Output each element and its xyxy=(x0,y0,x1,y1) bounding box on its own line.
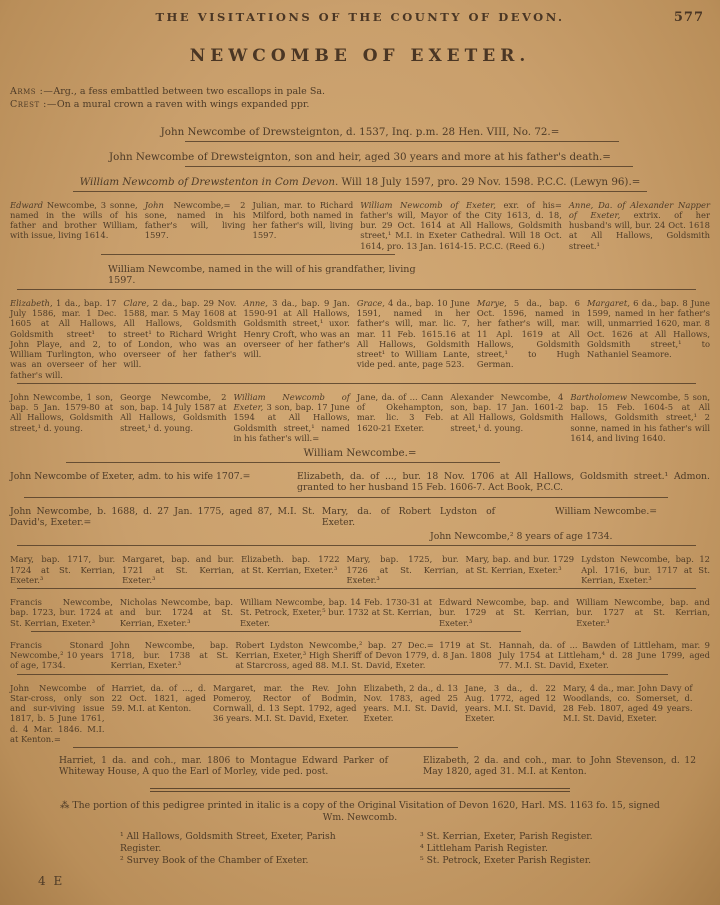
pedigree-cell: John Newcombe,= 2 sone, named in his fat… xyxy=(145,200,246,251)
pedigree-row-generation-4: Edward Newcombe, 3 sonne, named in the w… xyxy=(10,200,710,251)
descent-bracket xyxy=(185,166,633,173)
pedigree-cell: Elizabeth, 1 da., bap. 17 July 1586, mar… xyxy=(10,298,116,380)
pedigree-row-infants-2: Francis Newcombe, bap. 1723, bur. 1724 a… xyxy=(10,597,710,628)
arms-line: Arms :—Arg., a fess embattled between tw… xyxy=(10,86,710,99)
descent-bracket xyxy=(17,545,696,552)
generation-2: John Newcombe of Drewsteignton, son and … xyxy=(10,151,710,163)
pedigree-cell: Julian, mar. to Richard Milford, both na… xyxy=(252,200,353,251)
pedigree-cell: Elizabeth, 2 da. and coh., mar. to John … xyxy=(423,756,696,778)
pedigree-cell: Grace, 4 da., bap. 10 June 1591, named i… xyxy=(357,298,470,380)
crest-line: Crest :—On a mural crown a raven with wi… xyxy=(10,99,710,112)
footnote-1: ¹ All Hallows, Goldsmith Street, Exeter,… xyxy=(120,831,360,856)
page-title: NEWCOMBE OF EXETER. xyxy=(10,46,710,66)
generation-1: John Newcombe of Drewsteignton, d. 1537,… xyxy=(10,126,710,138)
pedigree-cell: Mary, bap. and bur. 1729 at St. Kerrian,… xyxy=(466,554,575,585)
descent-bracket xyxy=(31,631,521,638)
page-number: 577 xyxy=(674,10,704,25)
generation-3-name: William Newcomb of Drewstenton in Com De… xyxy=(80,176,339,188)
footnotes: ¹ All Hallows, Goldsmith Street, Exeter,… xyxy=(10,831,710,868)
pedigree-cell: George Newcombe, 2 son, bap. 14 July 158… xyxy=(120,392,226,443)
printers-signature: 4 E xyxy=(10,874,710,888)
pedigree-cell: William Newcomb of Exeter, 3 son, bap. 1… xyxy=(233,392,349,443)
pedigree-cell: Anne, Da. of Alexander Napper of Exeter,… xyxy=(569,200,710,251)
pedigree-cell: Margaret, 6 da., bap. 8 June 1599, named… xyxy=(587,298,710,380)
pedigree-cell: Nicholas Newcombe, bap. and bur. 1724 at… xyxy=(120,597,233,628)
descent-bracket xyxy=(17,588,696,595)
pedigree-cell: Edward Newcombe, 3 sonne, named in the w… xyxy=(10,200,138,251)
footnote-5: ⁵ St. Petrock, Exeter Parish Register. xyxy=(420,855,710,867)
pedigree-cell: Harriet, da. of ..., d. 22 Oct. 1821, ag… xyxy=(112,683,207,745)
generation-3: William Newcomb of Drewstenton in Com De… xyxy=(10,176,710,188)
pedigree-row-1688: John Newcombe, b. 1688, d. 27 Jan. 1775,… xyxy=(10,506,710,529)
pedigree-cell: John Newcombe, b. 1688, d. 27 Jan. 1775,… xyxy=(10,506,315,529)
pedigree-cell: Mary, 4 da., mar. John Davy of Woodlands… xyxy=(563,683,693,745)
pedigree-row-starcross: John Newcombe of Star-cross, only son an… xyxy=(10,683,710,745)
pedigree-cell: Hannah, da. of ... Bawden of Littleham, … xyxy=(499,640,710,671)
descent-bracket xyxy=(24,497,668,504)
arms-text: Arg., a fess embattled between two escal… xyxy=(53,86,325,97)
pedigree-cell: Lydston Newcombe, bap. 12 Apl. 1716, bur… xyxy=(581,554,710,585)
pedigree-cell: Jane, 3 da., d. 22 Aug. 1772, aged 12 ye… xyxy=(465,683,556,745)
pedigree-cell: Margaret, mar. the Rev. John Pomeroy, Re… xyxy=(213,683,357,745)
pedigree-cell: Anne, 3 da., bap. 9 Jan. 1590-91 at All … xyxy=(243,298,349,380)
pedigree-cell: William Newcomb of Exeter, exr. of his= … xyxy=(360,200,562,251)
pedigree-cell: Alexander Newcombe, 4 son, bap. 17 Jan. … xyxy=(450,392,563,443)
pedigree-row-admon: John Newcombe of Exeter, adm. to his wif… xyxy=(10,471,710,494)
john-1734-entry: John Newcombe,² 8 years of age 1734. xyxy=(430,531,710,542)
pedigree-cell: Clare, 2 da., bap. 29 Nov. 1588, mar. 5 … xyxy=(123,298,236,380)
pedigree-cell: Mary, da. of Robert Lydston of Exeter. xyxy=(322,506,495,529)
pedigree-cell: John Newcombe, 1 son, bap. 5 Jan. 1579-8… xyxy=(10,392,113,443)
pedigree-cell: John Newcombe of Exeter, adm. to his wif… xyxy=(10,471,290,494)
william-grandson-entry: William Newcombe, named in the will of h… xyxy=(108,264,430,286)
footnote-2: ² Survey Book of the Chamber of Exeter. xyxy=(120,855,360,867)
pedigree-row-daughters: Elizabeth, 1 da., bap. 17 July 1586, mar… xyxy=(10,298,710,380)
pedigree-cell: Harriet, 1 da. and coh., mar. 1806 to Mo… xyxy=(59,756,388,778)
footnote-3: ³ St. Kerrian, Exeter, Parish Register. xyxy=(420,831,710,843)
pedigree-cell: Francis Newcombe, bap. 1723, bur. 1724 a… xyxy=(10,597,113,628)
descent-bracket xyxy=(17,289,696,296)
descent-bracket xyxy=(17,674,668,681)
pedigree-cell: Edward Newcombe, bap. and bur. 1729 at S… xyxy=(439,597,569,628)
pedigree-cell: John Newcombe, bap. 1718, bur. 1738 at S… xyxy=(111,640,229,671)
pedigree-cell: William Newcombe.= xyxy=(502,506,710,529)
pedigree-cell: William Newcombe, bap. 14 Feb. 1730-31 a… xyxy=(240,597,432,628)
asterism-mark: ⁂ xyxy=(60,800,69,811)
running-header: THE VISITATIONS OF THE COUNTY OF DEVON. … xyxy=(10,10,710,24)
arms-crest-block: Arms :—Arg., a fess embattled between tw… xyxy=(10,86,710,112)
descent-bracket xyxy=(66,462,500,469)
pedigree-row-sons: John Newcombe, 1 son, bap. 5 Jan. 1579-8… xyxy=(10,392,710,443)
pedigree-cell: Elizabeth, da. of ..., bur. 18 Nov. 1706… xyxy=(297,471,710,494)
book-page: THE VISITATIONS OF THE COUNTY OF DEVON. … xyxy=(10,0,710,888)
footnotes-left-column: ¹ All Hallows, Goldsmith Street, Exeter,… xyxy=(10,831,360,868)
descent-bracket xyxy=(73,191,647,198)
footer-rule xyxy=(150,788,570,792)
pedigree-cell: Margaret, bap. and bur. 1721 at St. Kerr… xyxy=(122,554,234,585)
pedigree-row-coheiresses: Harriet, 1 da. and coh., mar. 1806 to Mo… xyxy=(10,756,710,778)
pedigree-cell: William Newcombe, bap. and bur. 1727 at … xyxy=(576,597,710,628)
running-title: THE VISITATIONS OF THE COUNTY OF DEVON. xyxy=(156,10,565,24)
crest-text: On a mural crown a raven with wings expa… xyxy=(57,99,310,110)
generation-3-rest: Will 18 July 1597, pro. 29 Nov. 1598. P.… xyxy=(338,176,640,188)
pedigree-cell: John Newcombe of Star-cross, only son an… xyxy=(10,683,105,745)
descent-bracket xyxy=(101,254,395,261)
pedigree-cell: Bartholomew Newcombe, 5 son, bap. 15 Feb… xyxy=(570,392,710,443)
descent-bracket xyxy=(17,383,696,390)
arms-label: Arms :— xyxy=(10,86,53,97)
pedigree-cell: Mary, bap. 1725, bur. 1726 at St. Kerria… xyxy=(347,554,459,585)
footnotes-right-column: ³ St. Kerrian, Exeter, Parish Register. … xyxy=(360,831,710,868)
pedigree-cell: Jane, da. of ... Cann of Okehampton, mar… xyxy=(357,392,443,443)
descent-bracket xyxy=(73,747,458,754)
pedigree-cell: Elizabeth. bap. 1722 at St. Kerrian, Exe… xyxy=(241,554,339,585)
william-newcombe-line: William Newcombe.= xyxy=(10,447,710,459)
descent-bracket xyxy=(185,141,619,148)
pedigree-cell: Mary, bap. 1717, bur. 1724 at St. Kerria… xyxy=(10,554,115,585)
crest-label: Crest :— xyxy=(10,99,57,110)
pedigree-cell: Robert Lydston Newcombe,² bap. 27 Dec.= … xyxy=(235,640,491,671)
pedigree-cell: Marye, 5 da., bap. 6 Oct. 1596, named in… xyxy=(477,298,580,380)
pedigree-cell: Elizabeth, 2 da., d. 13 Nov. 1783, aged … xyxy=(364,683,459,745)
footnote-4: ⁴ Littleham Parish Register. xyxy=(420,843,710,855)
pedigree-row-infants-1: Mary, bap. 1717, bur. 1724 at St. Kerria… xyxy=(10,554,710,585)
italic-note: ⁂ The portion of this pedigree printed i… xyxy=(60,800,660,824)
pedigree-row-robert-lydston: Francis Stonard Newcombe,² 10 years of a… xyxy=(10,640,710,671)
pedigree-cell: Francis Stonard Newcombe,² 10 years of a… xyxy=(10,640,104,671)
